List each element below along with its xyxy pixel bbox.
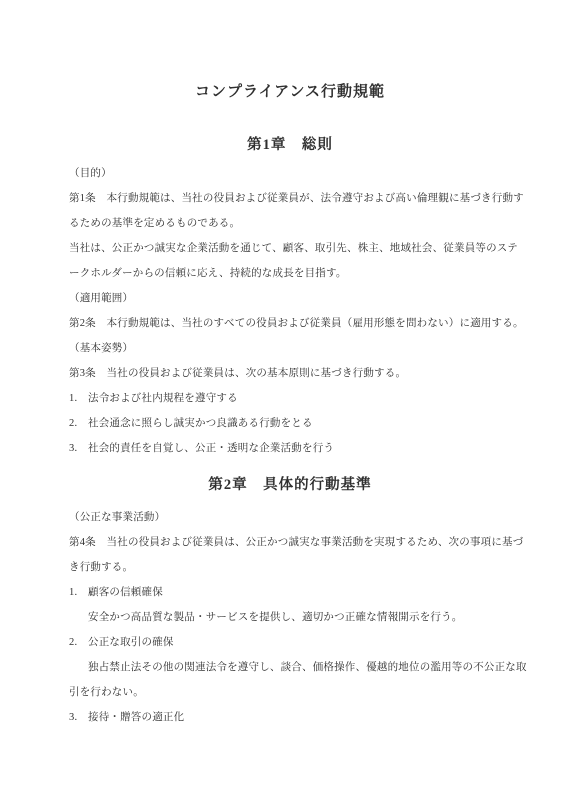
doc-line: 第4条 当社の役員および従業員は、公正かつ誠実な事業活動を実現するため、次の事項… bbox=[69, 530, 516, 555]
list-item: 3.社会的責任を自覚し、公正・透明な企業活動を行う bbox=[69, 436, 516, 461]
doc-line: 引を行わない。 bbox=[69, 680, 516, 705]
doc-line: き行動する。 bbox=[69, 555, 516, 580]
section-label: （適用範囲） bbox=[69, 286, 516, 311]
section-label: （目的） bbox=[69, 161, 516, 186]
section-label: （公正な事業活動） bbox=[69, 505, 516, 530]
doc-line: 第2条 本行動規範は、当社のすべての役員および従業員（雇用形態を問わない）に適用… bbox=[69, 311, 516, 336]
doc-line: ークホルダーからの信頼に応え、持続的な成長を目指す。 bbox=[69, 261, 516, 286]
list-number: 1. bbox=[69, 386, 88, 411]
chapter1-heading: 第1章 総則 bbox=[0, 137, 580, 154]
doc-line: 第1条 本行動規範は、当社の役員および従業員が、法令遵守および高い倫理観に基づき… bbox=[69, 186, 516, 211]
chapter1-body: （目的） 第1条 本行動規範は、当社の役員および従業員が、法令遵守および高い倫理… bbox=[0, 161, 580, 461]
list-text: 顧客の信頼確保 bbox=[88, 587, 163, 598]
list-number: 2. bbox=[69, 411, 88, 436]
chapter2-heading: 第2章 具体的行動基準 bbox=[0, 477, 580, 494]
list-number: 3. bbox=[69, 705, 88, 730]
page-title: コンプライアンス行動規範 bbox=[0, 0, 580, 101]
list-item: 3.接待・贈答の適正化 bbox=[69, 705, 516, 730]
section-label: （基本姿勢） bbox=[69, 336, 516, 361]
list-text: 社会通念に照らし誠実かつ良識ある行動をとる bbox=[88, 418, 313, 429]
doc-line: 当社は、公正かつ誠実な企業活動を通じて、顧客、取引先、株主、地域社会、従業員等の… bbox=[69, 236, 516, 261]
document-page: コンプライアンス行動規範 第1章 総則 （目的） 第1条 本行動規範は、当社の役… bbox=[0, 0, 580, 800]
doc-line: 第3条 当社の役員および従業員は、次の基本原則に基づき行動する。 bbox=[69, 361, 516, 386]
doc-line: るための基準を定めるものである。 bbox=[69, 211, 516, 236]
list-item: 1.顧客の信頼確保 bbox=[69, 580, 516, 605]
list-text: 社会的責任を自覚し、公正・透明な企業活動を行う bbox=[88, 443, 334, 454]
doc-line: 独占禁止法その他の関連法令を遵守し、談合、価格操作、優越的地位の濫用等の不公正な… bbox=[69, 655, 516, 680]
list-text: 公正な取引の確保 bbox=[88, 637, 174, 648]
doc-line: 安全かつ高品質な製品・サービスを提供し、適切かつ正確な情報開示を行う。 bbox=[69, 605, 516, 630]
list-item: 2.社会通念に照らし誠実かつ良識ある行動をとる bbox=[69, 411, 516, 436]
list-item: 1.法令および社内規程を遵守する bbox=[69, 386, 516, 411]
list-text: 法令および社内規程を遵守する bbox=[88, 393, 238, 404]
list-item: 2.公正な取引の確保 bbox=[69, 630, 516, 655]
list-number: 3. bbox=[69, 436, 88, 461]
list-number: 2. bbox=[69, 630, 88, 655]
chapter2-body: （公正な事業活動） 第4条 当社の役員および従業員は、公正かつ誠実な事業活動を実… bbox=[0, 505, 580, 730]
list-text: 接待・贈答の適正化 bbox=[88, 712, 184, 723]
list-number: 1. bbox=[69, 580, 88, 605]
